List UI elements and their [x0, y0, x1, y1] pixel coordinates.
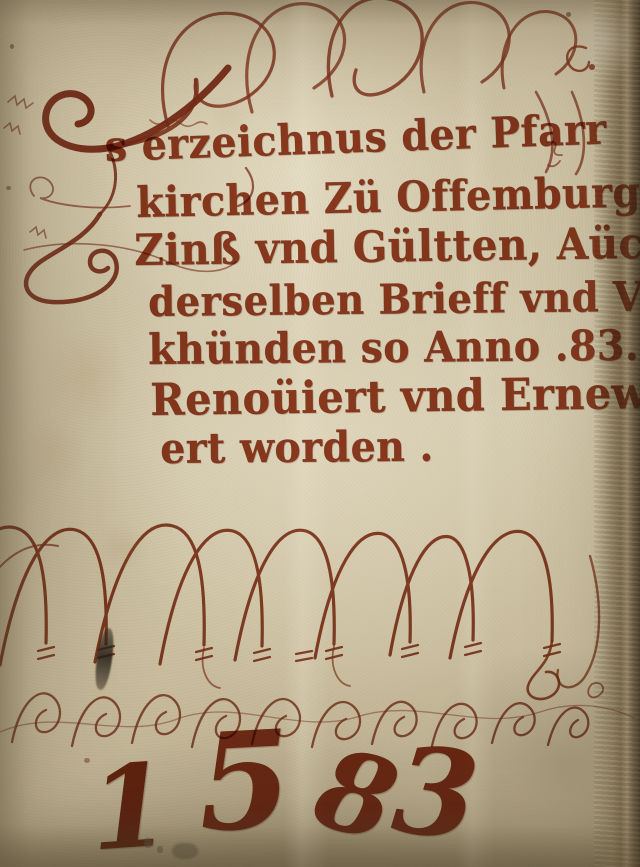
title-line-3: Zinß vnd Gültten, Aüch	[134, 220, 640, 275]
manuscript-page: s erzeichnus der Pfarr kirchen Zü Offemb…	[0, 0, 640, 867]
title-line-2: kirchen Zü Offemburg s	[136, 169, 640, 227]
year-digit-3: 3	[388, 730, 484, 858]
year-digit-5: 5	[195, 712, 295, 851]
title-line-7: ert worden .	[160, 424, 434, 473]
title-line-6: Renoüiert vnd Ernew	[150, 370, 640, 425]
title-line-5: khünden so Anno .83.	[148, 323, 639, 373]
arc-stroke-row-flourish-icon	[0, 525, 603, 699]
loop-stroke-row-flourish-icon	[0, 693, 634, 747]
title-line-4: derselben Brieff vnd Vr	[148, 275, 640, 325]
year-digit-1: 1	[86, 747, 173, 866]
